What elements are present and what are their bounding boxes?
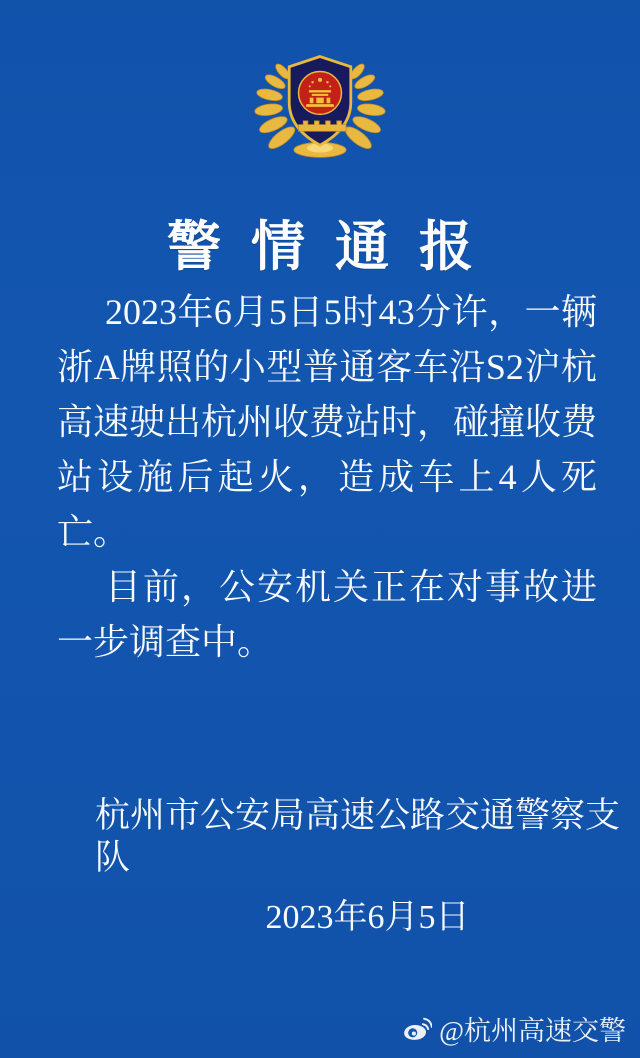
weibo-icon: [402, 1016, 432, 1041]
police-emblem-icon: [250, 50, 390, 162]
notice-paragraph-1: 2023年6月5日5时43分许，一辆浙A牌照的小型普通客车沿S2沪杭高速驶出杭州…: [57, 285, 597, 560]
issuing-authority: 杭州市公安局高速公路交通警察支队: [95, 795, 640, 879]
notice-signature: 杭州市公安局高速公路交通警察支队 2023年6月5日: [0, 795, 640, 939]
weibo-watermark: @杭州高速交警: [402, 1009, 626, 1048]
notice-title: 警情通报: [0, 204, 640, 281]
police-notice-poster: 警情通报 2023年6月5日5时43分许，一辆浙A牌照的小型普通客车沿S2沪杭高…: [0, 0, 640, 1058]
weibo-handle: @杭州高速交警: [439, 1009, 626, 1048]
notice-body: 2023年6月5日5时43分许，一辆浙A牌照的小型普通客车沿S2沪杭高速驶出杭州…: [57, 285, 597, 670]
notice-paragraph-2: 目前，公安机关正在对事故进一步调查中。: [57, 560, 597, 670]
issue-date: 2023年6月5日: [266, 897, 470, 939]
